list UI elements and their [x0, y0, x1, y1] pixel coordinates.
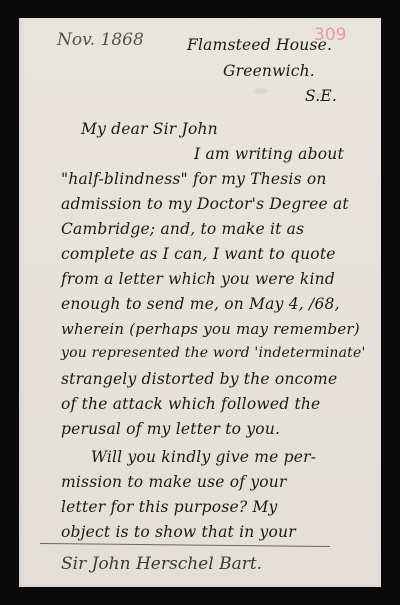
body-line: from a letter which you were kind [61, 270, 335, 288]
body-line: mission to make use of your [61, 473, 287, 491]
salutation: My dear Sir John [81, 120, 218, 138]
letter-page: Nov. 1868 309 Flamsteed House. Greenwich… [19, 18, 381, 587]
body-line: perusal of my letter to you. [61, 420, 280, 438]
pencil-date-note: Nov. 1868 [57, 30, 144, 50]
body-line: of the attack which followed the [61, 395, 320, 413]
body-line: you represented the word 'indeterminate' [61, 345, 366, 361]
body-line: strangely distorted by the oncome [61, 370, 337, 388]
recipient-footer: Sir John Herschel Bart. [61, 554, 262, 574]
body-line: I am writing about [194, 145, 344, 163]
body-line: Cambridge; and, to make it as [61, 220, 304, 238]
body-line: Will you kindly give me per- [91, 448, 316, 466]
body-line: complete as I can, I want to quote [61, 245, 336, 263]
paper-stain [254, 88, 268, 94]
address-line-1: Flamsteed House. [187, 36, 332, 54]
body-line: letter for this purpose? My [61, 498, 278, 516]
body-line: enough to send me, on May 4, /68, [61, 295, 340, 313]
address-line-3: S.E. [305, 87, 337, 105]
address-line-2: Greenwich. [223, 62, 315, 80]
body-line: "half-blindness" for my Thesis on [61, 170, 327, 188]
body-line: object is to show that in your [61, 523, 296, 541]
divider-line [40, 543, 330, 547]
body-line: wherein (perhaps you may remember) [61, 320, 360, 338]
body-line: admission to my Doctor's Degree at [61, 195, 349, 213]
